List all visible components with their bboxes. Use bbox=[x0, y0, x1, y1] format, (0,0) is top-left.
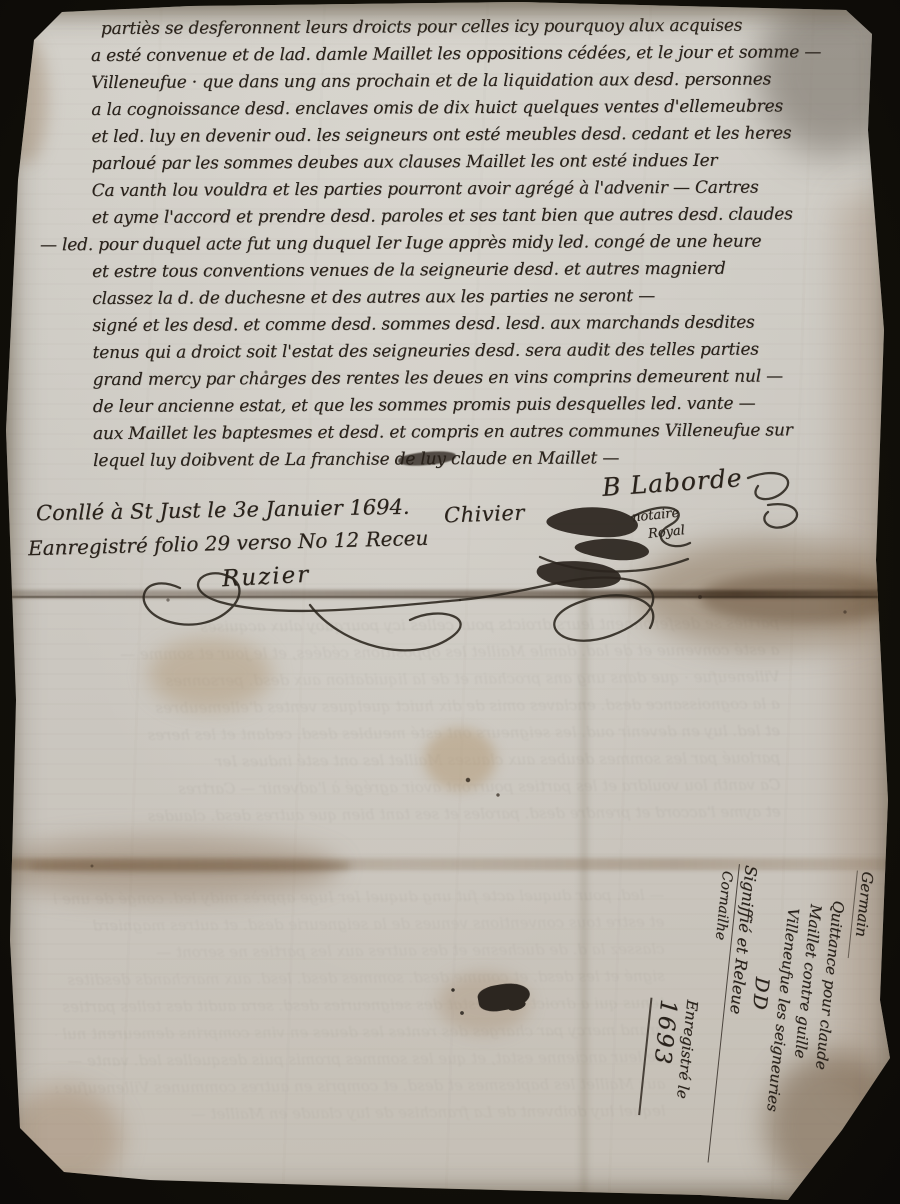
manuscript-page: partiès se desferonnent leurs droicts po… bbox=[0, 0, 900, 1204]
clerk-signature: Ruzier bbox=[221, 562, 310, 593]
act-text-line: partiès se desferonnent leurs droicts po… bbox=[91, 12, 875, 43]
act-text-block: partiès se desferonnent leurs droicts po… bbox=[91, 12, 877, 475]
photo-backdrop: partiès se desferonnent leurs droicts po… bbox=[0, 0, 900, 1204]
docket-block: Germain Quittance pour claude Maillet co… bbox=[583, 843, 877, 1189]
act-text-line: grand mercy par charges des rentes les d… bbox=[93, 363, 877, 394]
act-text-line: aux Maillet les baptesmes et desd. et co… bbox=[93, 417, 877, 448]
act-text-line: a la cognoissance desd. enclaves omis de… bbox=[91, 93, 875, 124]
act-text-line: de leur ancienne estat, et que les somme… bbox=[93, 390, 877, 421]
act-text-line: a esté convenue et de lad. damle Maillet… bbox=[91, 39, 875, 70]
act-text-line: lequel luy doibvent de La franchise de l… bbox=[93, 444, 877, 475]
act-text-line: et led. luy en devenir oud. les seigneur… bbox=[91, 120, 875, 151]
act-text-line: Villeneufue · que dans ung ans prochain … bbox=[91, 66, 875, 97]
act-text-line: et estre tous conventions venues de la s… bbox=[92, 255, 876, 286]
act-text-line: tenus qui a droict soit l'estat des seig… bbox=[93, 336, 877, 367]
act-text-line: Ca vanth lou vouldra et les parties pour… bbox=[92, 174, 876, 205]
act-text-line: classez la d. de duchesne et des autres … bbox=[92, 282, 876, 313]
witness-signature: Chivier bbox=[444, 501, 526, 528]
act-text-line: et ayme l'accord et prendre desd. parole… bbox=[92, 201, 876, 232]
act-text-line: parloué par les sommes deubes aux clause… bbox=[92, 147, 876, 178]
act-text-line: — led. pour duquel acte fut ung duquel I… bbox=[40, 228, 876, 259]
act-text-line: signé et les desd. et comme desd. sommes… bbox=[92, 309, 876, 340]
